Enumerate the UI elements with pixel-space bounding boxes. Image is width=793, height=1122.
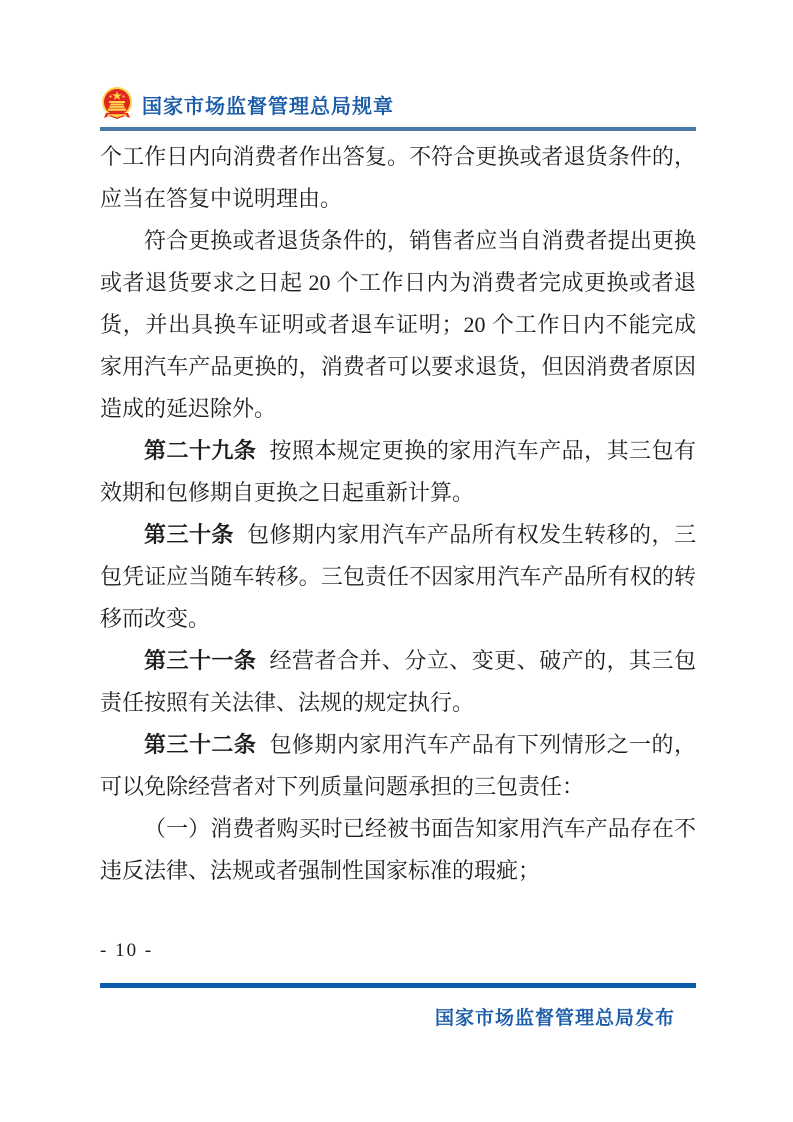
paragraph-text: 个工作日内向消费者作出答复。不符合更换或者退货条件的，应当在答复中说明理由。 [100,144,696,211]
footer-publisher: 国家市场监督管理总局发布 [435,1003,675,1030]
national-emblem-icon [100,86,134,122]
paragraph-text: （一）消费者购买时已经被书面告知家用汽车产品存在不违反法律、法规或者强制性国家标… [100,816,696,883]
footer-rule [100,983,696,988]
body-text: 个工作日内向消费者作出答复。不符合更换或者退货条件的，应当在答复中说明理由。 符… [100,136,696,892]
header-title: 国家市场监督管理总局规章 [142,90,394,119]
page-number: - 10 - [100,940,153,962]
body-paragraph: 第三十一条经营者合并、分立、变更、破产的，其三包责任按照有关法律、法规的规定执行… [100,640,696,724]
article-number: 第三十条 [144,522,234,547]
article-number: 第三十一条 [144,648,256,673]
document-page: 国家市场监督管理总局规章 个工作日内向消费者作出答复。不符合更换或者退货条件的，… [0,0,793,1122]
header-rule [100,127,696,131]
body-paragraph: （一）消费者购买时已经被书面告知家用汽车产品存在不违反法律、法规或者强制性国家标… [100,808,696,892]
body-paragraph: 第二十九条按照本规定更换的家用汽车产品，其三包有效期和包修期自更换之日起重新计算… [100,430,696,514]
body-paragraph: 第三十条包修期内家用汽车产品所有权发生转移的，三包凭证应当随车转移。三包责任不因… [100,514,696,640]
page-header: 国家市场监督管理总局规章 [100,86,696,131]
body-paragraph: 第三十二条包修期内家用汽车产品有下列情形之一的，可以免除经营者对下列质量问题承担… [100,724,696,808]
article-number: 第二十九条 [144,438,256,463]
paragraph-text: 符合更换或者退货条件的，销售者应当自消费者提出更换或者退货要求之日起 20 个工… [100,228,696,421]
body-paragraph: 个工作日内向消费者作出答复。不符合更换或者退货条件的，应当在答复中说明理由。 [100,136,696,220]
body-paragraph: 符合更换或者退货条件的，销售者应当自消费者提出更换或者退货要求之日起 20 个工… [100,220,696,430]
article-number: 第三十二条 [144,732,256,757]
